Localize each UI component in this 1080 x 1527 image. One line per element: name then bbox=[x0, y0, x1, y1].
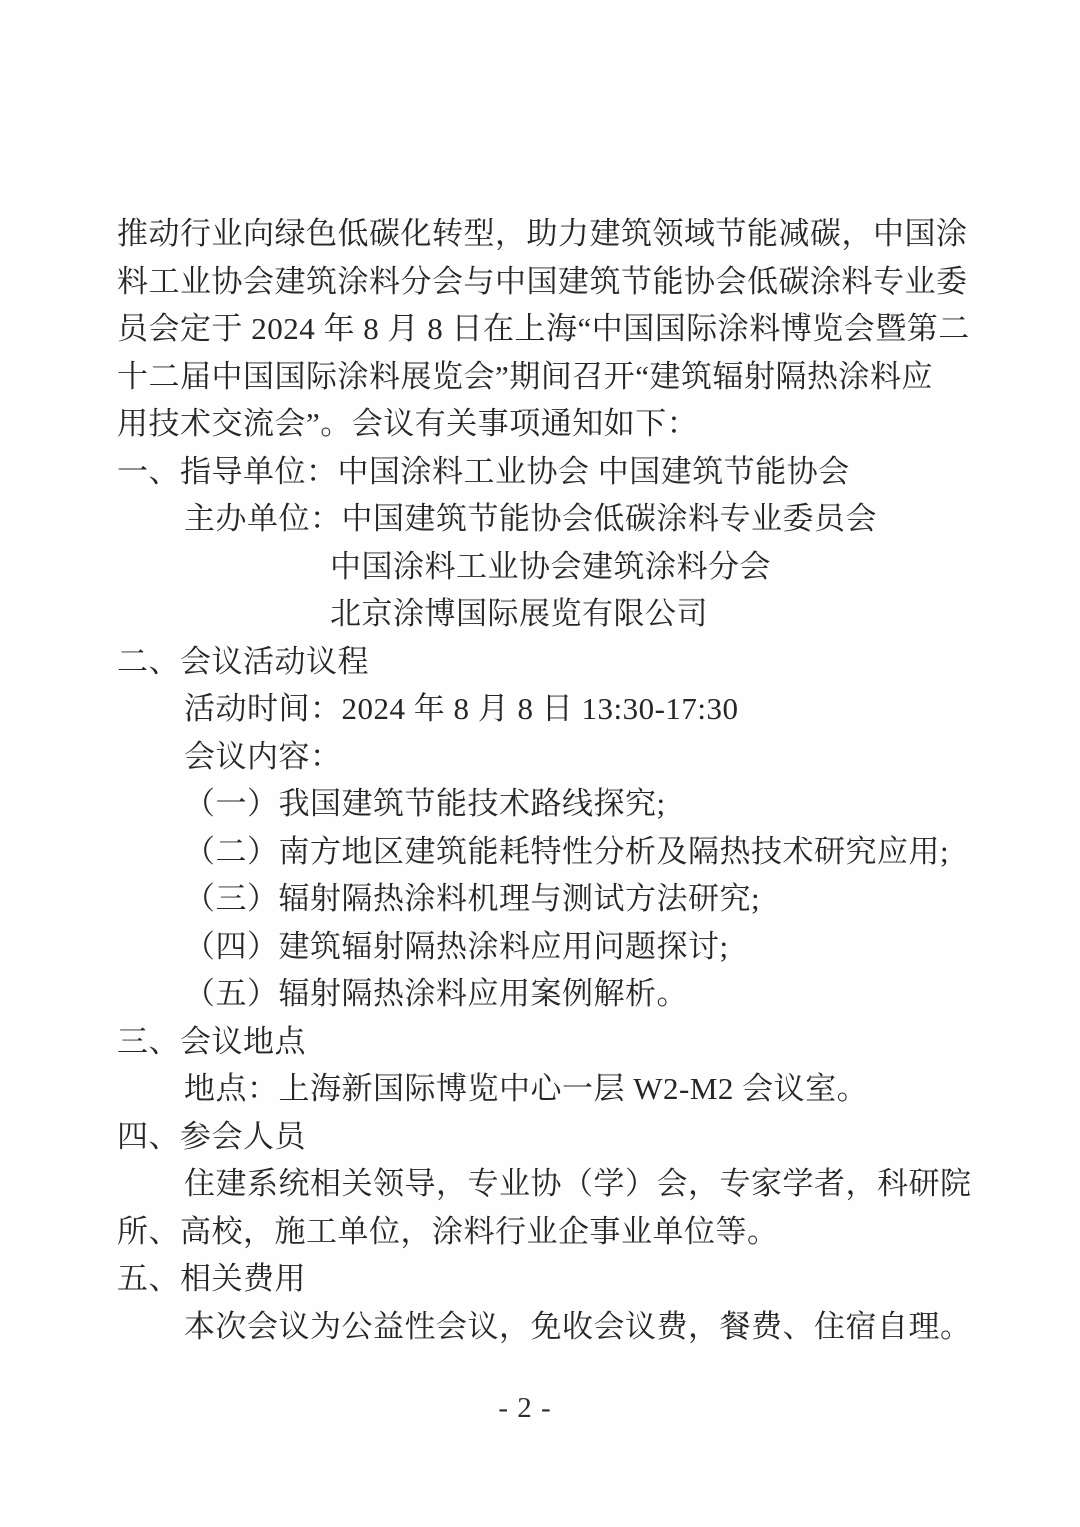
section-1-host-units-line-3: 北京涂博国际展览有限公司 bbox=[0, 590, 1080, 638]
intro-line-3: 员会定于 2024 年 8 月 8 日在上海“中国国际涂料博览会暨第二 bbox=[0, 305, 1080, 353]
agenda-item-4: （四）建筑辐射隔热涂料应用问题探讨; bbox=[0, 923, 1080, 971]
intro-line-1: 推动行业向绿色低碳化转型，助力建筑领域节能减碳，中国涂 bbox=[0, 210, 1080, 258]
section-1-guidance-units-line: 一、指导单位：中国涂料工业协会 中国建筑节能协会 bbox=[0, 448, 1080, 496]
section-2-heading: 二、会议活动议程 bbox=[0, 638, 1080, 686]
section-2-content-label: 会议内容： bbox=[0, 733, 1080, 781]
section-1-host-units-line-2: 中国涂料工业协会建筑涂料分会 bbox=[0, 543, 1080, 591]
section-3-venue-line: 地点：上海新国际博览中心一层 W2-M2 会议室。 bbox=[0, 1065, 1080, 1113]
section-5-fees-line: 本次会议为公益性会议，免收会议费，餐费、住宿自理。 bbox=[0, 1303, 1080, 1351]
section-5-heading: 五、相关费用 bbox=[0, 1255, 1080, 1303]
document-body: 推动行业向绿色低碳化转型，助力建筑领域节能减碳，中国涂 料工业协会建筑涂料分会与… bbox=[0, 210, 1080, 1350]
section-4-heading: 四、参会人员 bbox=[0, 1113, 1080, 1161]
section-1-host-units-line-1: 主办单位：中国建筑节能协会低碳涂料专业委员会 bbox=[0, 495, 1080, 543]
section-4-participants-line-1: 住建系统相关领导，专业协（学）会，专家学者，科研院 bbox=[0, 1160, 1080, 1208]
intro-line-5: 用技术交流会”。会议有关事项通知如下： bbox=[0, 400, 1080, 448]
intro-line-4: 十二届中国国际涂料展览会”期间召开“建筑辐射隔热涂料应 bbox=[0, 353, 1080, 401]
page-number: - 2 - bbox=[0, 1392, 1080, 1425]
section-4-participants-line-2: 所、高校，施工单位，涂料行业企事业单位等。 bbox=[0, 1208, 1080, 1256]
section-3-heading: 三、会议地点 bbox=[0, 1018, 1080, 1066]
agenda-item-1: （一）我国建筑节能技术路线探究; bbox=[0, 780, 1080, 828]
scanned-page: 推动行业向绿色低碳化转型，助力建筑领域节能减碳，中国涂 料工业协会建筑涂料分会与… bbox=[0, 0, 1080, 1527]
agenda-item-5: （五）辐射隔热涂料应用案例解析。 bbox=[0, 970, 1080, 1018]
intro-line-2: 料工业协会建筑涂料分会与中国建筑节能协会低碳涂料专业委 bbox=[0, 258, 1080, 306]
section-2-event-time-line: 活动时间：2024 年 8 月 8 日 13:30-17:30 bbox=[0, 685, 1080, 733]
agenda-item-2: （二）南方地区建筑能耗特性分析及隔热技术研究应用; bbox=[0, 828, 1080, 876]
agenda-item-3: （三）辐射隔热涂料机理与测试方法研究; bbox=[0, 875, 1080, 923]
